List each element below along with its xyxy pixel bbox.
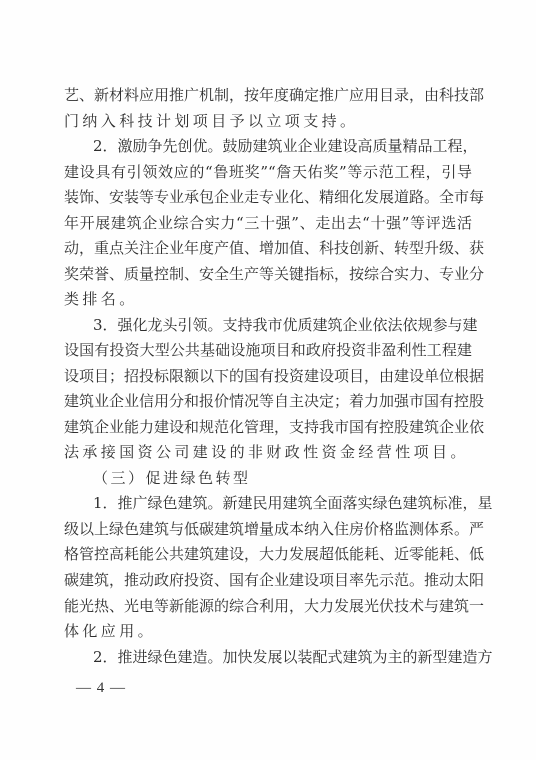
text-line: 艺、新材料应用推广机制，按年度确定推广应用目录，由科技部: [64, 84, 472, 106]
text-line: 建筑企业能力建设和规范化管理，支持我市国有控股建筑企业依: [64, 416, 472, 438]
text-line: 能光热、光电等新能源的综合利用，大力发展光伏技术与建筑一: [64, 595, 472, 617]
text-line: 建筑业企业信用分和报价情况等自主决定；着力加强市国有控股: [64, 390, 472, 412]
text-line: 建设具有引领效应的“鲁班奖”“詹天佑奖”等示范工程，引导: [64, 161, 472, 183]
paragraph-start-green-2: 2．推进绿色建造。加快发展以装配式建筑为主的新型建造方: [93, 646, 472, 668]
text-line: 年开展建筑企业综合实力“三十强”、走出去“十强”等评选活: [64, 212, 472, 234]
text-line: 动，重点关注企业年度产值、增加值、科技创新、转型升级、获: [64, 237, 472, 259]
text-line: 装饰、安装等专业承包企业走专业化、精细化发展道路。全市每: [64, 186, 472, 208]
text-line: 碳建筑，推动政府投资、国有企业建设项目率先示范。推动太阳: [64, 569, 472, 591]
text-line: 奖荣誉、质量控制、安全生产等关键指标，按综合实力、专业分: [64, 263, 472, 285]
section-heading: （三）促进绿色转型: [93, 467, 251, 489]
text-line: 级以上绿色建筑与低碳建筑增量成本纳入住房价格监测体系。严: [64, 518, 472, 540]
paragraph-start-item-3: 3．强化龙头引领。支持我市优质建筑企业依法依规参与建: [93, 314, 472, 336]
document-page: 艺、新材料应用推广机制，按年度确定推广应用目录，由科技部 门纳入科技计划项目予以…: [0, 0, 536, 760]
text-line: 格管控高耗能公共建筑建设，大力发展超低能耗、近零能耗、低: [64, 543, 472, 565]
paragraph-start-green-1: 1．推广绿色建筑。新建民用建筑全面落实绿色建筑标准，星: [93, 492, 472, 514]
text-line: 体化应用。: [64, 620, 472, 642]
text-line: 法承接国资公司建设的非财政性资金经营性项目。: [64, 441, 472, 463]
page-number: — 4 —: [76, 678, 126, 698]
text-line: 类排名。: [64, 288, 472, 310]
text-line: 设国有投资大型公共基础设施项目和政府投资非盈利性工程建: [64, 339, 472, 361]
paragraph-start-item-2: 2．激励争先创优。鼓励建筑业企业建设高质量精品工程，: [93, 135, 472, 157]
text-line: 门纳入科技计划项目予以立项支持。: [64, 110, 472, 132]
text-line: 设项目；招投标限额以下的国有投资建设项目，由建设单位根据: [64, 365, 472, 387]
